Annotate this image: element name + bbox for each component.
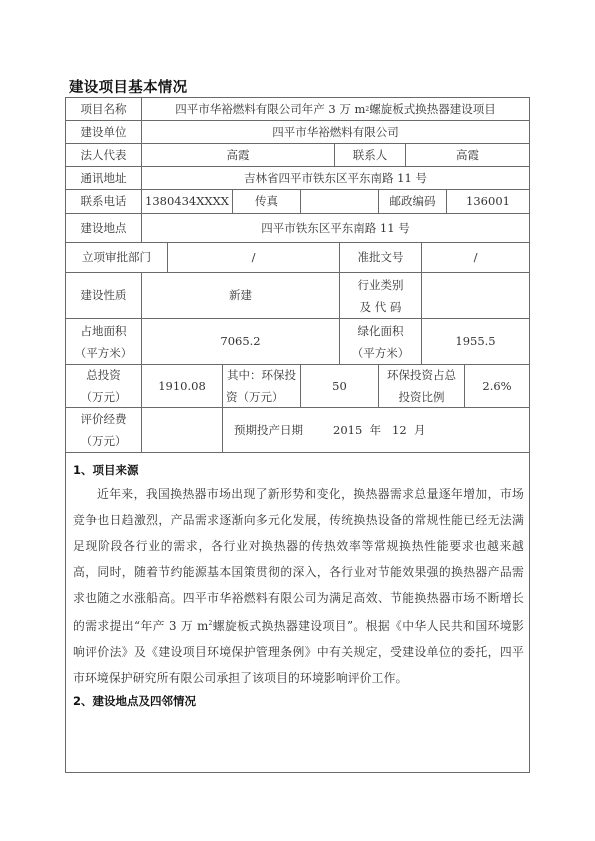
project-source-paragraph: 近年来，我国换热器市场出现了新形势和变化，换热器需求总量逐年增加，市场竞争也日趋… [73, 481, 524, 691]
env-invest-label-line1: 其中：环保投 [227, 365, 296, 386]
land-area-value: 7065.2 [142, 319, 340, 364]
phone-label: 联系电话 [66, 190, 142, 213]
land-area-label-line1: 占地面积 [81, 320, 127, 342]
industry-label: 行业类别 及 代 码 [340, 273, 422, 318]
eval-fee-label-line1: 评价经费 [81, 408, 127, 430]
builder-value: 四平市华裕燃料有限公司 [142, 121, 530, 143]
address-label: 通讯地址 [66, 167, 142, 189]
approval-dept-value: / [168, 243, 340, 272]
green-area-label-line2: （平方米） [352, 342, 410, 364]
total-invest-value: 1910.08 [142, 365, 223, 407]
site-value: 四平市铁东区平东南路 11 号 [142, 214, 530, 242]
nature-label: 建设性质 [66, 273, 142, 318]
page-title: 建设项目基本情况 [69, 76, 187, 97]
total-invest-label: 总投资 （万元） [66, 365, 142, 407]
approval-dept-label: 立项审批部门 [66, 243, 168, 272]
env-invest-label-line2: 资（万元） [223, 386, 284, 407]
project-name-label: 项目名称 [66, 98, 142, 120]
section-heading-project-source: 1、项目来源 [73, 462, 139, 478]
green-area-label-line1: 绿化面积 [358, 320, 404, 342]
eval-fee-value [142, 408, 223, 452]
env-ratio-value: 2.6% [465, 365, 530, 407]
green-area-label: 绿化面积 （平方米） [340, 319, 422, 364]
eval-fee-label: 评价经费 （万元） [66, 408, 142, 452]
approval-no-label: 准批文号 [340, 243, 422, 272]
industry-value [422, 273, 530, 318]
row-legal-rep: 法人代表 高霞 联系人 高霞 [65, 143, 530, 166]
address-value: 吉林省四平市铁东区平东南路 11 号 [142, 167, 530, 189]
project-info-table: 项目名称 四平市华裕燃料有限公司年产 3 万 m2螺旋板式换热器建设项目 建设单… [65, 97, 530, 452]
expected-date-label: 预期投产日期 [234, 419, 303, 442]
legal-rep-value: 高霞 [142, 144, 335, 166]
section-heading-site-surroundings: 2、建设地点及四邻情况 [73, 693, 196, 709]
eval-fee-label-line2: （万元） [81, 430, 127, 452]
industry-label-line1: 行业类别 [358, 274, 404, 296]
row-phone: 联系电话 1380434XXXX 传真 邮政编码 136001 [65, 189, 530, 213]
project-name-text-post: 螺旋板式换热器建设项目 [369, 98, 496, 120]
project-description-box: 1、项目来源 近年来，我国换热器市场出现了新形势和变化，换热器需求总量逐年增加，… [65, 452, 530, 773]
land-area-label-line2: （平方米） [75, 342, 133, 364]
contact-label: 联系人 [335, 144, 406, 166]
env-invest-label: 其中：环保投 资（万元） [223, 365, 301, 407]
row-site: 建设地点 四平市铁东区平东南路 11 号 [65, 213, 530, 242]
project-name-text-pre: 四平市华裕燃料有限公司年产 3 万 m [175, 98, 365, 120]
industry-label-line2: 及 代 码 [360, 296, 402, 318]
env-ratio-label: 环保投资占总 投资比例 [379, 365, 465, 407]
postcode-value: 136001 [447, 190, 530, 213]
row-nature: 建设性质 新建 行业类别 及 代 码 [65, 272, 530, 318]
env-ratio-label-line1: 环保投资占总 [387, 365, 456, 386]
green-area-value: 1955.5 [422, 319, 530, 364]
contact-value: 高霞 [406, 144, 530, 166]
expected-date-cell: 预期投产日期2015 年 12 月 [223, 408, 530, 452]
row-eval-fee: 评价经费 （万元） 预期投产日期2015 年 12 月 [65, 407, 530, 452]
total-invest-label-line2: （万元） [81, 386, 127, 407]
postcode-label: 邮政编码 [379, 190, 447, 213]
fax-value [301, 190, 379, 213]
approval-no-value: / [422, 243, 530, 272]
fax-label: 传真 [233, 190, 301, 213]
row-builder: 建设单位 四平市华裕燃料有限公司 [65, 120, 530, 143]
env-ratio-label-line2: 投资比例 [399, 386, 445, 407]
site-label: 建设地点 [66, 214, 142, 242]
row-approval: 立项审批部门 / 准批文号 / [65, 242, 530, 272]
expected-date-value: 2015 年 12 月 [333, 419, 426, 442]
env-invest-value: 50 [301, 365, 379, 407]
legal-rep-label: 法人代表 [66, 144, 142, 166]
nature-value: 新建 [142, 273, 340, 318]
builder-label: 建设单位 [66, 121, 142, 143]
row-area: 占地面积 （平方米） 7065.2 绿化面积 （平方米） 1955.5 [65, 318, 530, 364]
phone-value: 1380434XXXX [142, 190, 233, 213]
land-area-label: 占地面积 （平方米） [66, 319, 142, 364]
paragraph-text-pre: 近年来，我国换热器市场出现了新形势和变化，换热器需求总量逐年增加，市场竞争也日趋… [73, 487, 524, 633]
total-invest-label-line1: 总投资 [86, 365, 121, 386]
row-project-name: 项目名称 四平市华裕燃料有限公司年产 3 万 m2螺旋板式换热器建设项目 [65, 97, 530, 120]
row-address: 通讯地址 吉林省四平市铁东区平东南路 11 号 [65, 166, 530, 189]
project-name-value: 四平市华裕燃料有限公司年产 3 万 m2螺旋板式换热器建设项目 [142, 98, 530, 120]
row-investment: 总投资 （万元） 1910.08 其中：环保投 资（万元） 50 环保投资占总 … [65, 364, 530, 407]
